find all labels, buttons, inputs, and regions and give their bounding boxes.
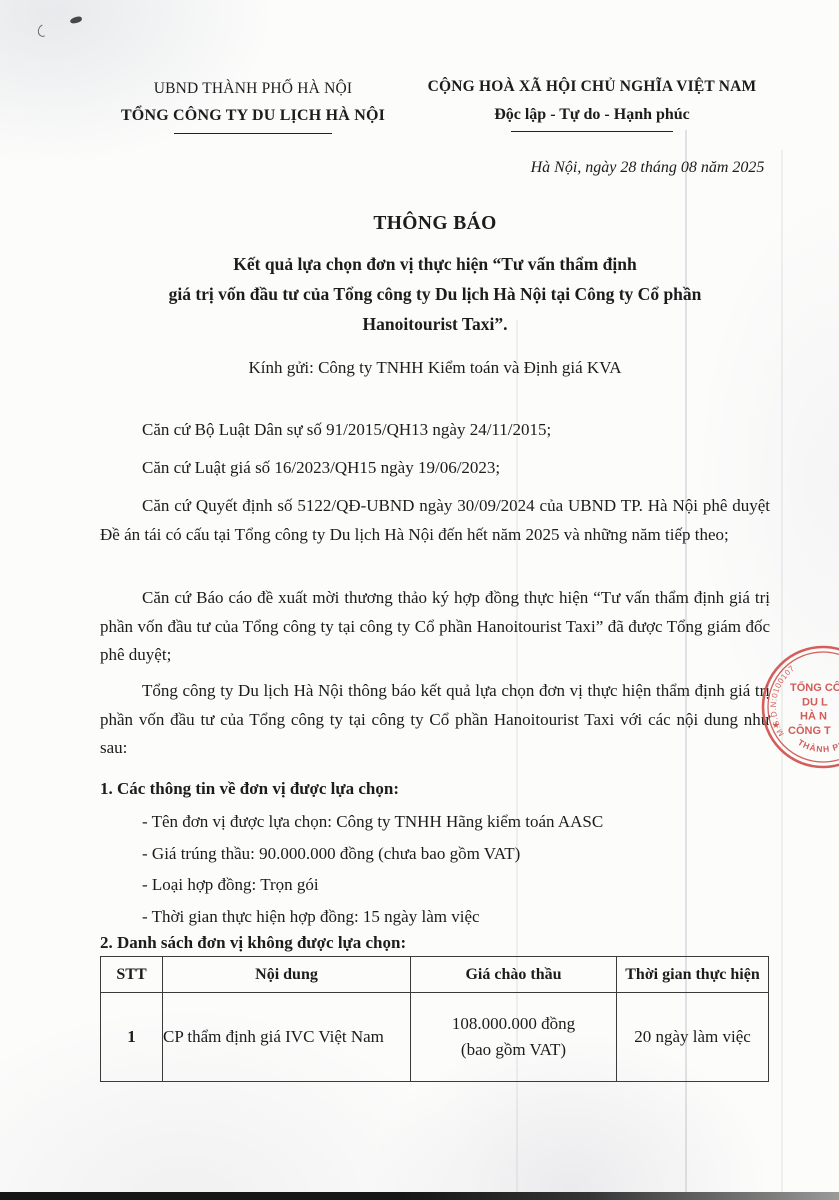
- section1-heading: 1. Các thông tin về đơn vị được lựa chọn…: [100, 779, 770, 799]
- section1-item-list: - Tên đơn vị được lựa chọn: Công ty TNHH…: [100, 806, 770, 932]
- subtitle-line: giá trị vốn đầu tư của Tổng công ty Du l…: [100, 279, 770, 309]
- bid-price-vat-note: (bao gồm VAT): [411, 1037, 616, 1063]
- parent-agency-name: UBND THÀNH PHỐ HÀ NỘI: [98, 80, 408, 98]
- legal-basis-paragraph: Căn cứ Báo cáo đề xuất mời thương thảo k…: [100, 584, 770, 670]
- col-header-bid-price: Giá chào thầu: [411, 957, 617, 993]
- table-header-row: STT Nội dung Giá chào thầu Thời gian thự…: [101, 957, 769, 993]
- seal-rim-city-text: THÀNH PH: [796, 737, 839, 754]
- seal-star-icon: ★: [772, 720, 780, 730]
- legal-basis-paragraph: Căn cứ Luật giá số 16/2023/QH15 ngày 19/…: [100, 454, 770, 483]
- salutation-line: Kính gửi: Công ty TNHH Kiểm toán và Định…: [100, 358, 770, 378]
- document-subtitle: Kết quả lựa chọn đơn vị thực hiện “Tư vấ…: [100, 249, 770, 339]
- subtitle-line: Kết quả lựa chọn đơn vị thực hiện “Tư vấ…: [100, 249, 770, 279]
- seal-center-line: CÔNG T: [788, 724, 831, 737]
- announcement-paragraph: Tổng công ty Du lịch Hà Nội thông báo kế…: [100, 677, 770, 763]
- row-index-cell: 1: [101, 993, 163, 1082]
- national-motto-block: CỘNG HOÀ XÃ HỘI CHỦ NGHĨA VIỆT NAM Độc l…: [406, 78, 778, 132]
- table-row: 1 CP thẩm định giá IVC Việt Nam 108.000.…: [101, 993, 769, 1082]
- seal-center-line: TỔNG CÔ: [790, 681, 839, 694]
- motto-underline: [511, 131, 673, 132]
- vendor-name-cell: CP thẩm định giá IVC Việt Nam: [163, 993, 411, 1082]
- contract-duration-item: - Thời gian thực hiện hợp đồng: 15 ngày …: [100, 901, 770, 933]
- duration-cell: 20 ngày làm việc: [617, 993, 769, 1082]
- header-underline: [174, 133, 332, 134]
- issuing-agency-name: TỔNG CÔNG TY DU LỊCH HÀ NỘI: [98, 107, 408, 125]
- seal-center-line: DU L: [802, 697, 828, 709]
- company-seal-stamp: M.S.D.N:0100107 THÀNH PH ★ TỔNG CÔ DU L …: [728, 612, 839, 802]
- winning-price-item: - Giá trúng thầu: 90.000.000 đồng (chưa …: [100, 838, 770, 870]
- bid-price-amount: 108.000.000 đồng: [411, 1011, 616, 1037]
- place-date-line: Hà Nội, ngày 28 tháng 08 năm 2025: [500, 159, 795, 177]
- unselected-vendors-table-wrap: STT Nội dung Giá chào thầu Thời gian thự…: [100, 956, 770, 1082]
- scan-artifact-pen-mark: [36, 22, 51, 38]
- issuing-agency-block: UBND THÀNH PHỐ HÀ NỘI TỔNG CÔNG TY DU LỊ…: [98, 80, 408, 134]
- subtitle-line: Hanoitourist Taxi”.: [100, 309, 770, 339]
- national-motto: Độc lập - Tự do - Hạnh phúc: [406, 106, 778, 124]
- unselected-vendors-table: STT Nội dung Giá chào thầu Thời gian thự…: [100, 956, 769, 1082]
- bid-price-cell: 108.000.000 đồng (bao gồm VAT): [411, 993, 617, 1082]
- scan-edge-strip: [0, 1192, 839, 1200]
- selected-vendor-name-item: - Tên đơn vị được lựa chọn: Công ty TNHH…: [100, 806, 770, 838]
- country-title: CỘNG HOÀ XÃ HỘI CHỦ NGHĨA VIỆT NAM: [406, 78, 778, 96]
- scan-artifact-dot: [69, 16, 82, 25]
- document-title: THÔNG BÁO: [100, 213, 770, 235]
- document-page: UBND THÀNH PHỐ HÀ NỘI TỔNG CÔNG TY DU LỊ…: [0, 0, 839, 1200]
- col-header-duration: Thời gian thực hiện: [617, 957, 769, 993]
- legal-basis-paragraph: Căn cứ Bộ Luật Dân sự số 91/2015/QH13 ng…: [100, 416, 770, 445]
- col-header-stt: STT: [101, 957, 163, 993]
- seal-center-line: HÀ N: [800, 710, 827, 723]
- col-header-content: Nội dung: [163, 957, 411, 993]
- contract-type-item: - Loại hợp đồng: Trọn gói: [100, 869, 770, 901]
- section2-heading: 2. Danh sách đơn vị không được lựa chọn:: [100, 933, 770, 953]
- legal-basis-paragraph: Căn cứ Quyết định số 5122/QĐ-UBND ngày 3…: [100, 492, 770, 549]
